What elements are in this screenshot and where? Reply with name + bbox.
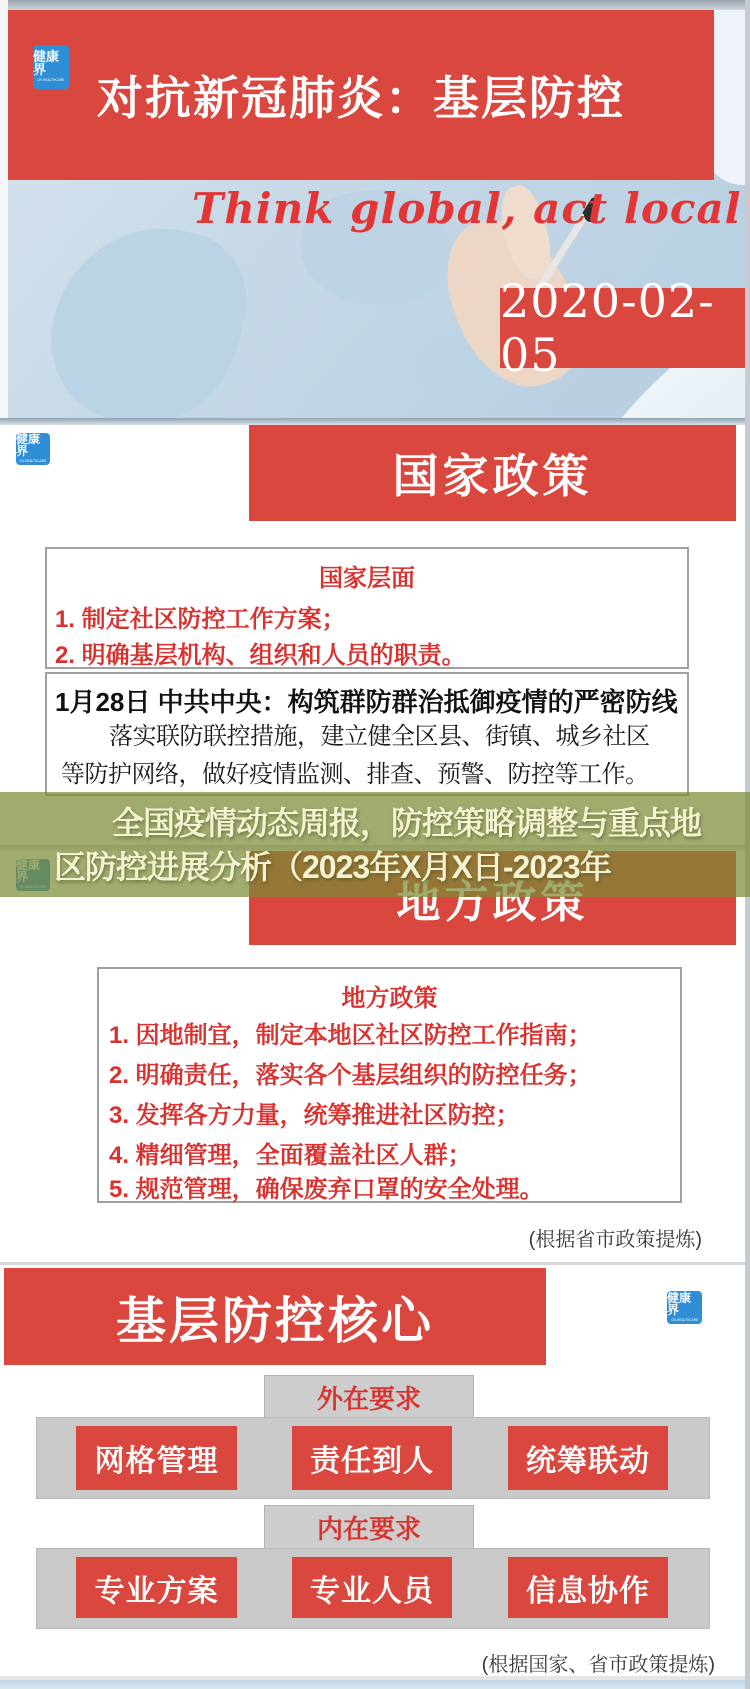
date-text: 2020-02-05 (500, 274, 747, 382)
slide-local-policy[interactable]: 地方政策 健康界 CN-HEALTHCARE 地方政策 1. 因地制宜，制定本地… (0, 851, 750, 1262)
list-item: 4. 精细管理，全面覆盖社区人群； (109, 1135, 472, 1170)
logo-subtext: CN-HEALTHCARE (20, 459, 47, 462)
national-level-box: 国家层面 1. 制定社区防控工作方案； 2. 明确基层机构、组织和人员的职责。 (45, 547, 689, 669)
logo-subtext: CN-HEALTHCARE (38, 78, 65, 81)
section-banner-text: 国家政策 (393, 440, 593, 506)
requirement-chip: 网格管理 (76, 1426, 237, 1490)
central-committee-box: 1月28日 中共中央：构筑群防群治抵御疫情的严密防线 落实联防联控措施，建立健全… (45, 672, 689, 796)
logo-text: 健康界 (33, 50, 69, 76)
logo-text: 健康界 (16, 433, 50, 457)
label-text: 内在要求 (317, 1509, 421, 1546)
requirement-chip: 责任到人 (292, 1426, 452, 1490)
list-item: 1. 制定社区防控工作方案； (55, 599, 346, 634)
healthcare-logo: 健康界 CN-HEALTHCARE (667, 1291, 702, 1324)
inner-requirements-label: 内在要求 (264, 1505, 474, 1549)
label-text: 外在要求 (317, 1379, 421, 1416)
section-banner-text: 基层防控核心 (116, 1281, 434, 1353)
list-item: 3. 发挥各方力量，统筹推进社区防控； (109, 1095, 520, 1130)
caption-line: 全国疫情动态周报，防控策略调整与重点地 (112, 798, 701, 844)
list-item: 2. 明确责任，落实各个基层组织的防控任务； (109, 1055, 592, 1090)
healthcare-logo: 健康界 CN-HEALTHCARE (33, 45, 69, 89)
healthcare-logo: 健康界 CN-HEALTHCARE (16, 433, 50, 465)
box-body-text: 落实联防联控措施，建立健全区县、街镇、城乡社区等防护网络，做好疫情监测、排查、预… (61, 718, 669, 794)
section-banner: 基层防控核心 (4, 1268, 546, 1365)
document-preview: 对抗新冠肺炎：基层防控 健康界 CN-HEALTHCARE Think glob… (0, 0, 750, 1689)
title-banner: 对抗新冠肺炎：基层防控 (8, 10, 714, 180)
requirement-chip: 统筹联动 (508, 1426, 668, 1490)
date-badge: 2020-02-05 (500, 288, 747, 368)
outer-requirements-label: 外在要求 (264, 1375, 474, 1419)
deck-title: 对抗新冠肺炎：基层防控 (97, 62, 625, 128)
section-banner: 国家政策 (249, 425, 736, 521)
requirement-chip: 专业人员 (292, 1557, 452, 1618)
requirement-chip: 信息协作 (508, 1557, 668, 1618)
slide-national-policy[interactable]: 国家政策 健康界 CN-HEALTHCARE 国家层面 1. 制定社区防控工作方… (0, 425, 750, 845)
slide-left-margin (0, 0, 8, 418)
logo-text: 健康界 (667, 1292, 702, 1316)
source-note: (根据省市政策提炼) (529, 1223, 702, 1252)
window-top-edge (0, 0, 750, 10)
next-slide-preview (0, 1680, 750, 1689)
caption-line: 区防控进展分析（2023年X月X日-2023年 (54, 842, 611, 888)
box-title: 1月28日 中共中央：构筑群防群治抵御疫情的严密防线 (55, 682, 678, 719)
slide-core-framework[interactable]: 基层防控核心 健康界 CN-HEALTHCARE 外在要求 网格管理 责任到人 … (0, 1265, 750, 1676)
box-title: 国家层面 (47, 558, 687, 593)
list-item: 5. 规范管理，确保废弃口罩的安全处理。 (109, 1169, 544, 1204)
list-item: 2. 明确基层机构、组织和人员的职责。 (55, 635, 466, 670)
world-map-shape (34, 206, 262, 418)
inner-requirements-band: 专业方案 专业人员 信息协作 (36, 1548, 710, 1629)
slide-gutter (0, 418, 750, 425)
logo-subtext: CN-HEALTHCARE (671, 1318, 698, 1321)
requirement-chip: 专业方案 (76, 1557, 237, 1618)
caption-overlay-banner: 全国疫情动态周报，防控策略调整与重点地 区防控进展分析（2023年X月X日-20… (0, 792, 750, 897)
outer-requirements-band: 网格管理 责任到人 统筹联动 (36, 1417, 710, 1499)
local-policy-box: 地方政策 1. 因地制宜，制定本地区社区防控工作指南； 2. 明确责任，落实各个… (97, 967, 682, 1203)
list-item: 1. 因地制宜，制定本地区社区防控工作指南； (109, 1015, 592, 1050)
source-note: (根据国家、省市政策提炼) (482, 1648, 715, 1676)
tagline-handwriting: Think global, act local. (192, 184, 750, 233)
slide-title[interactable]: 对抗新冠肺炎：基层防控 健康界 CN-HEALTHCARE Think glob… (0, 0, 750, 418)
box-title: 地方政策 (99, 978, 680, 1013)
